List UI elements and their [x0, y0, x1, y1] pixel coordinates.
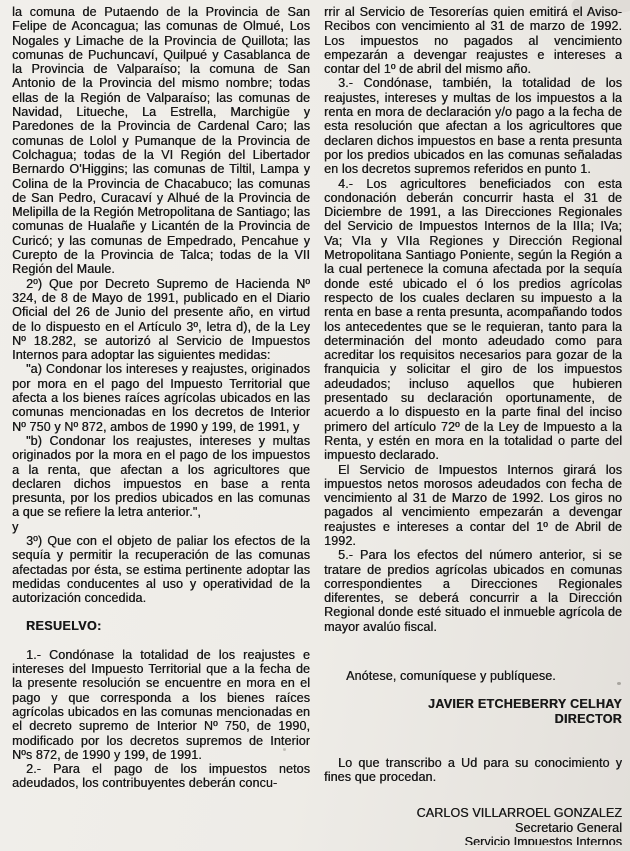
signature-director: JAVIER ETCHEBERRY CELHAY DIRECTOR	[324, 697, 622, 726]
right-column: rrir al Servicio de Tesorerías quien emi…	[324, 5, 622, 845]
closing-formula: Anótese, comuníquese y publíquese.	[324, 669, 622, 683]
scan-speck	[283, 748, 286, 751]
signature-secretary-name: CARLOS VILLARROEL GONZALEZ	[324, 806, 622, 820]
paragraph-considerando-2: 2º) Que por Decreto Supremo de Hacienda …	[12, 277, 310, 363]
paragraph-connector-y: y	[12, 520, 310, 534]
paragraph-resolution-4: 4.- Los agricultores beneficiados con es…	[324, 177, 622, 463]
right-column-body: rrir al Servicio de Tesorerías quien emi…	[324, 5, 622, 634]
document-page: la comuna de Putaendo de la Provincia de…	[0, 0, 630, 851]
signature-section: Anótese, comuníquese y publíquese. JAVIE…	[324, 669, 622, 845]
paragraph-resolution-3: 3.- Condónase, también, la totalidad de …	[324, 76, 622, 176]
signature-director-name: JAVIER ETCHEBERRY CELHAY	[324, 697, 622, 711]
paragraph-measure-b: "b) Condonar los reajustes, intereses y …	[12, 434, 310, 520]
paragraph-giro-impuestos: El Servicio de Impuestos Internos girará…	[324, 463, 622, 549]
paragraph-resolution-2-continuation: rrir al Servicio de Tesorerías quien emi…	[324, 5, 622, 76]
signature-secretary-org: Servicio Impuestos Internos	[324, 835, 622, 845]
left-column: la comuna de Putaendo de la Provincia de…	[12, 5, 310, 845]
transcription-note: Lo que transcribo a Ud para su conocimie…	[324, 756, 622, 785]
two-column-layout: la comuna de Putaendo de la Provincia de…	[0, 0, 630, 845]
paragraph-considerando-3: 3º) Que con el objeto de paliar los efec…	[12, 534, 310, 605]
paragraph-resolution-5: 5.- Para los efectos del número anterior…	[324, 548, 622, 634]
signature-director-title: DIRECTOR	[324, 712, 622, 726]
paragraph-resolution-1: 1.- Condónase la totalidad de los reajus…	[12, 648, 310, 762]
paragraph-resolution-2: 2.- Para el pago de los impuestos netos …	[12, 762, 310, 791]
paragraph-communes-list: la comuna de Putaendo de la Provincia de…	[12, 5, 310, 277]
signature-secretary: CARLOS VILLARROEL GONZALEZ Secretario Ge…	[324, 806, 622, 845]
paragraph-measure-a: "a) Condonar los intereses y reajustes, …	[12, 362, 310, 433]
resuelvo-heading: RESUELVO:	[12, 619, 310, 633]
signature-secretary-title: Secretario General	[324, 821, 622, 835]
